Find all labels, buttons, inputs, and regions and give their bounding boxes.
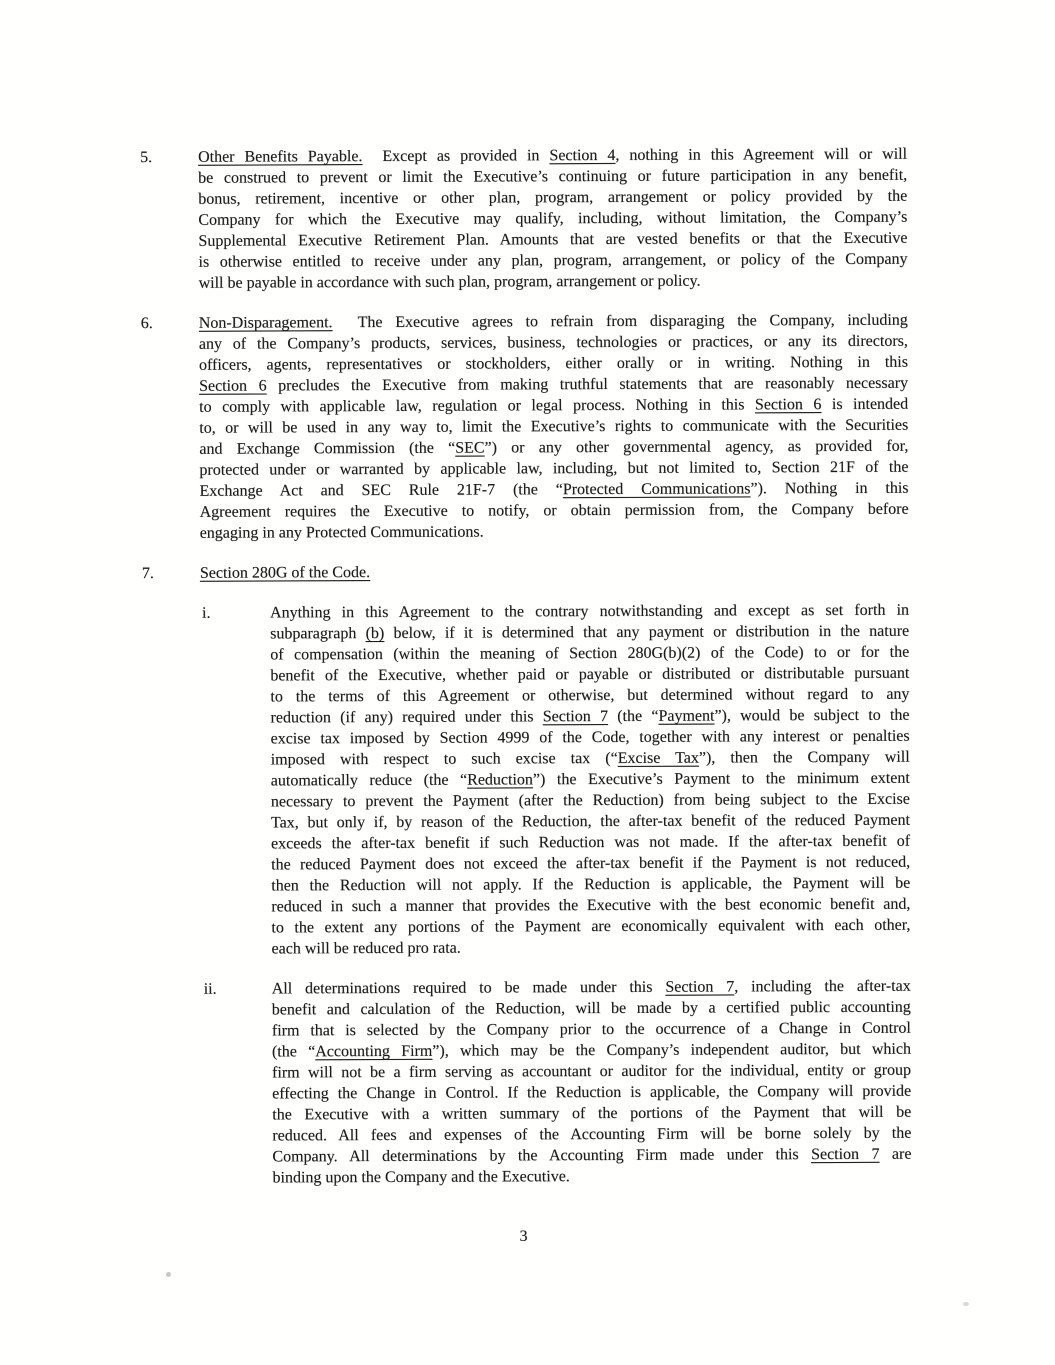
text-segment: precludes the Executive from making trut… [267,375,909,395]
text-segment: (the “ [272,1043,315,1060]
underlined-term: Section 6 [199,377,267,394]
text-segment: Company. All determinations by the Accou… [272,1146,811,1165]
underlined-term: Reduction [467,771,533,788]
text-segment: Tax, but only if, by reason of the Reduc… [271,812,910,832]
text-line: Company. All determinations by the Accou… [272,1144,911,1168]
text-line: engaging in any Protected Communications… [200,520,909,544]
scan-speck [166,1272,171,1277]
text-line: binding upon the Company and the Executi… [272,1165,911,1189]
text-line: excise tax imposed by Section 4999 of th… [271,726,910,750]
text-line: to the extent any portions of the Paymen… [271,915,910,939]
text-segment: is intended [821,396,908,413]
underlined-term: Excise Tax [618,750,699,767]
paragraph: Non-Disparagement. The Executive agrees … [199,310,909,544]
underlined-term: Section 280G of the Code. [200,564,370,582]
paragraph: Section 280G of the Code. [200,560,909,584]
text-segment: imposed with respect to such excise tax … [271,750,618,769]
text-segment: firm that is selected by the Company pri… [272,1020,911,1040]
text-line: firm will not be a firm serving as accou… [272,1060,911,1084]
text-line: (the “Accounting Firm”), which may be th… [272,1039,911,1063]
text-segment: is otherwise entitled to receive under a… [198,251,907,271]
text-line: benefit and calculation of the Reduction… [272,997,911,1021]
section-number: 5. [140,147,199,294]
subsection-number: ii. [204,978,273,1188]
indent-spacer [142,603,204,960]
text-segment: automatically reduce (the “ [271,772,467,790]
text-segment: officers, agents, representatives or sto… [199,354,908,374]
text-segment: will be payable in accordance with such … [199,273,701,292]
text-segment: below, if it is determined that any paym… [384,623,909,642]
text-line: subparagraph (b) below, if it is determi… [270,621,909,645]
text-line: will be payable in accordance with such … [199,270,908,294]
text-line: All determinations required to be made u… [272,976,911,1000]
text-segment: ”), which may be the Company’s independe… [432,1041,911,1060]
subsection-number: i. [202,602,272,959]
text-line: Anything in this Agreement to the contra… [270,600,909,624]
text-segment: to the extent any portions of the Paymen… [271,917,910,937]
text-line: each will be reduced pro rata. [271,936,910,960]
text-segment: (the “ [608,708,659,725]
text-segment: Exchange Act and SEC Rule 21F-7 (the “ [199,481,562,500]
scan-speck [963,1302,969,1306]
text-line: automatically reduce (the “Reduction”) t… [271,768,910,792]
text-segment: Anything in this Agreement to the contra… [270,602,909,622]
text-segment: effecting the Change in Control. If the … [272,1083,911,1103]
text-segment: then the Reduction will not apply. If th… [271,875,910,895]
text-line: Agreement requires the Executive to noti… [200,499,909,523]
text-segment: Except as provided in [362,147,549,165]
text-line: of compensation (within the meaning of S… [270,642,909,666]
text-line: then the Reduction will not apply. If th… [271,873,910,897]
text-segment: firm will not be a firm serving as accou… [272,1062,911,1082]
text-segment: necessary to prevent the Payment (after … [271,791,910,811]
text-segment: , nothing in this Agreement will or will [615,146,907,164]
text-segment: are [879,1146,911,1163]
underlined-term: SEC [455,439,484,456]
text-segment: of compensation (within the meaning of S… [270,644,909,664]
text-segment: any of the Company’s products, services,… [199,333,908,353]
underlined-term: Section 7 [665,978,734,995]
underlined-term: Section 7 [811,1146,879,1163]
text-segment: benefit and calculation of the Reduction… [272,999,911,1019]
text-segment: The Executive agrees to refrain from dis… [332,312,907,332]
text-line: the Executive with a written summary of … [272,1102,911,1126]
section-5: 5.Other Benefits Payable. Except as prov… [140,144,908,294]
underlined-term: Protected Communications [563,480,751,498]
text-segment: bonus, retirement, incentive or other pl… [198,188,907,208]
text-segment: protected under or warranted by applicab… [199,459,908,479]
text-segment: subparagraph [270,625,366,642]
subsection-ii: ii.All determinations required to be mad… [144,976,912,1189]
text-line: the reduced Payment does not exceed the … [271,852,910,876]
text-segment: reduced. All fees and expenses of the Ac… [272,1125,911,1145]
text-line: reduced in such a manner that provides t… [271,894,910,918]
paragraph: Other Benefits Payable. Except as provid… [198,144,908,294]
text-segment: exceeds the after-tax benefit if such Re… [271,833,910,853]
text-line: Section 280G of the Code. [200,560,909,584]
text-segment: ”) the Executive’s Payment to the minimu… [533,770,910,789]
indent-spacer [144,979,205,1189]
text-line: to the terms of this Agreement or otherw… [270,684,909,708]
text-segment: reduction (if any) required under this [270,708,542,726]
page-number: 3 [140,1226,907,1247]
text-segment: engaging in any Protected Communications… [200,524,484,542]
text-segment: ”) or any other governmental agency, as … [484,438,908,457]
section-6: 6.Non-Disparagement. The Executive agree… [141,310,909,544]
underlined-term: Other Benefits Payable. [198,148,362,166]
text-segment: to, or will be used in any way to, limit… [199,417,908,437]
text-segment: ”), would be subject to the [714,707,909,725]
underlined-term: Non-Disparagement. [199,314,333,332]
text-segment: the reduced Payment does not exceed the … [271,854,910,874]
underlined-term: Payment [658,707,714,724]
paragraph: All determinations required to be made u… [272,976,912,1189]
underlined-term: Section 7 [543,708,608,725]
text-segment: Agreement requires the Executive to noti… [200,501,909,521]
text-segment: Company for which the Executive may qual… [198,209,907,229]
document-page: 5.Other Benefits Payable. Except as prov… [0,0,1055,1365]
text-segment: and Exchange Commission (the “ [199,440,455,458]
text-segment: ”). Nothing in this [750,480,908,498]
text-line: is otherwise entitled to receive under a… [198,249,907,273]
text-line: reduction (if any) required under this S… [270,705,909,729]
underlined-term: Accounting Firm [315,1043,432,1061]
subsection-i: i.Anything in this Agreement to the cont… [142,600,911,960]
text-line: reduced. All fees and expenses of the Ac… [272,1123,911,1147]
section-7: 7.Section 280G of the Code. [142,560,909,584]
document-body: 5.Other Benefits Payable. Except as prov… [140,144,912,1208]
text-line: necessary to prevent the Payment (after … [271,789,910,813]
text-segment: Supplemental Executive Retirement Plan. … [198,230,907,250]
text-segment: to comply with applicable law, regulatio… [199,396,755,415]
text-line: firm that is selected by the Company pri… [272,1018,911,1042]
text-segment: each will be reduced pro rata. [271,940,460,958]
text-segment: the Executive with a written summary of … [272,1104,911,1124]
section-number: 7. [142,563,200,584]
text-segment: benefit of the Executive, whether paid o… [270,665,909,685]
text-line: imposed with respect to such excise tax … [271,747,910,771]
text-segment: reduced in such a manner that provides t… [271,896,910,916]
text-line: Tax, but only if, by reason of the Reduc… [271,810,910,834]
text-segment: ”), then the Company will [699,749,910,767]
section-number: 6. [141,313,200,544]
underlined-term: (b) [366,625,385,642]
text-line: benefit of the Executive, whether paid o… [270,663,909,687]
text-line: exceeds the after-tax benefit if such Re… [271,831,910,855]
text-segment: be construed to prevent or limit the Exe… [198,167,907,187]
underlined-term: Section 6 [755,396,822,413]
underlined-term: Section 4 [549,147,615,164]
text-segment: to the terms of this Agreement or otherw… [270,686,909,706]
text-line: effecting the Change in Control. If the … [272,1081,911,1105]
paragraph: Anything in this Agreement to the contra… [270,600,911,960]
text-segment: excise tax imposed by Section 4999 of th… [271,728,910,748]
text-segment: binding upon the Company and the Executi… [272,1168,569,1186]
text-segment: , including the after-tax [734,978,911,996]
text-segment: All determinations required to be made u… [272,979,666,998]
